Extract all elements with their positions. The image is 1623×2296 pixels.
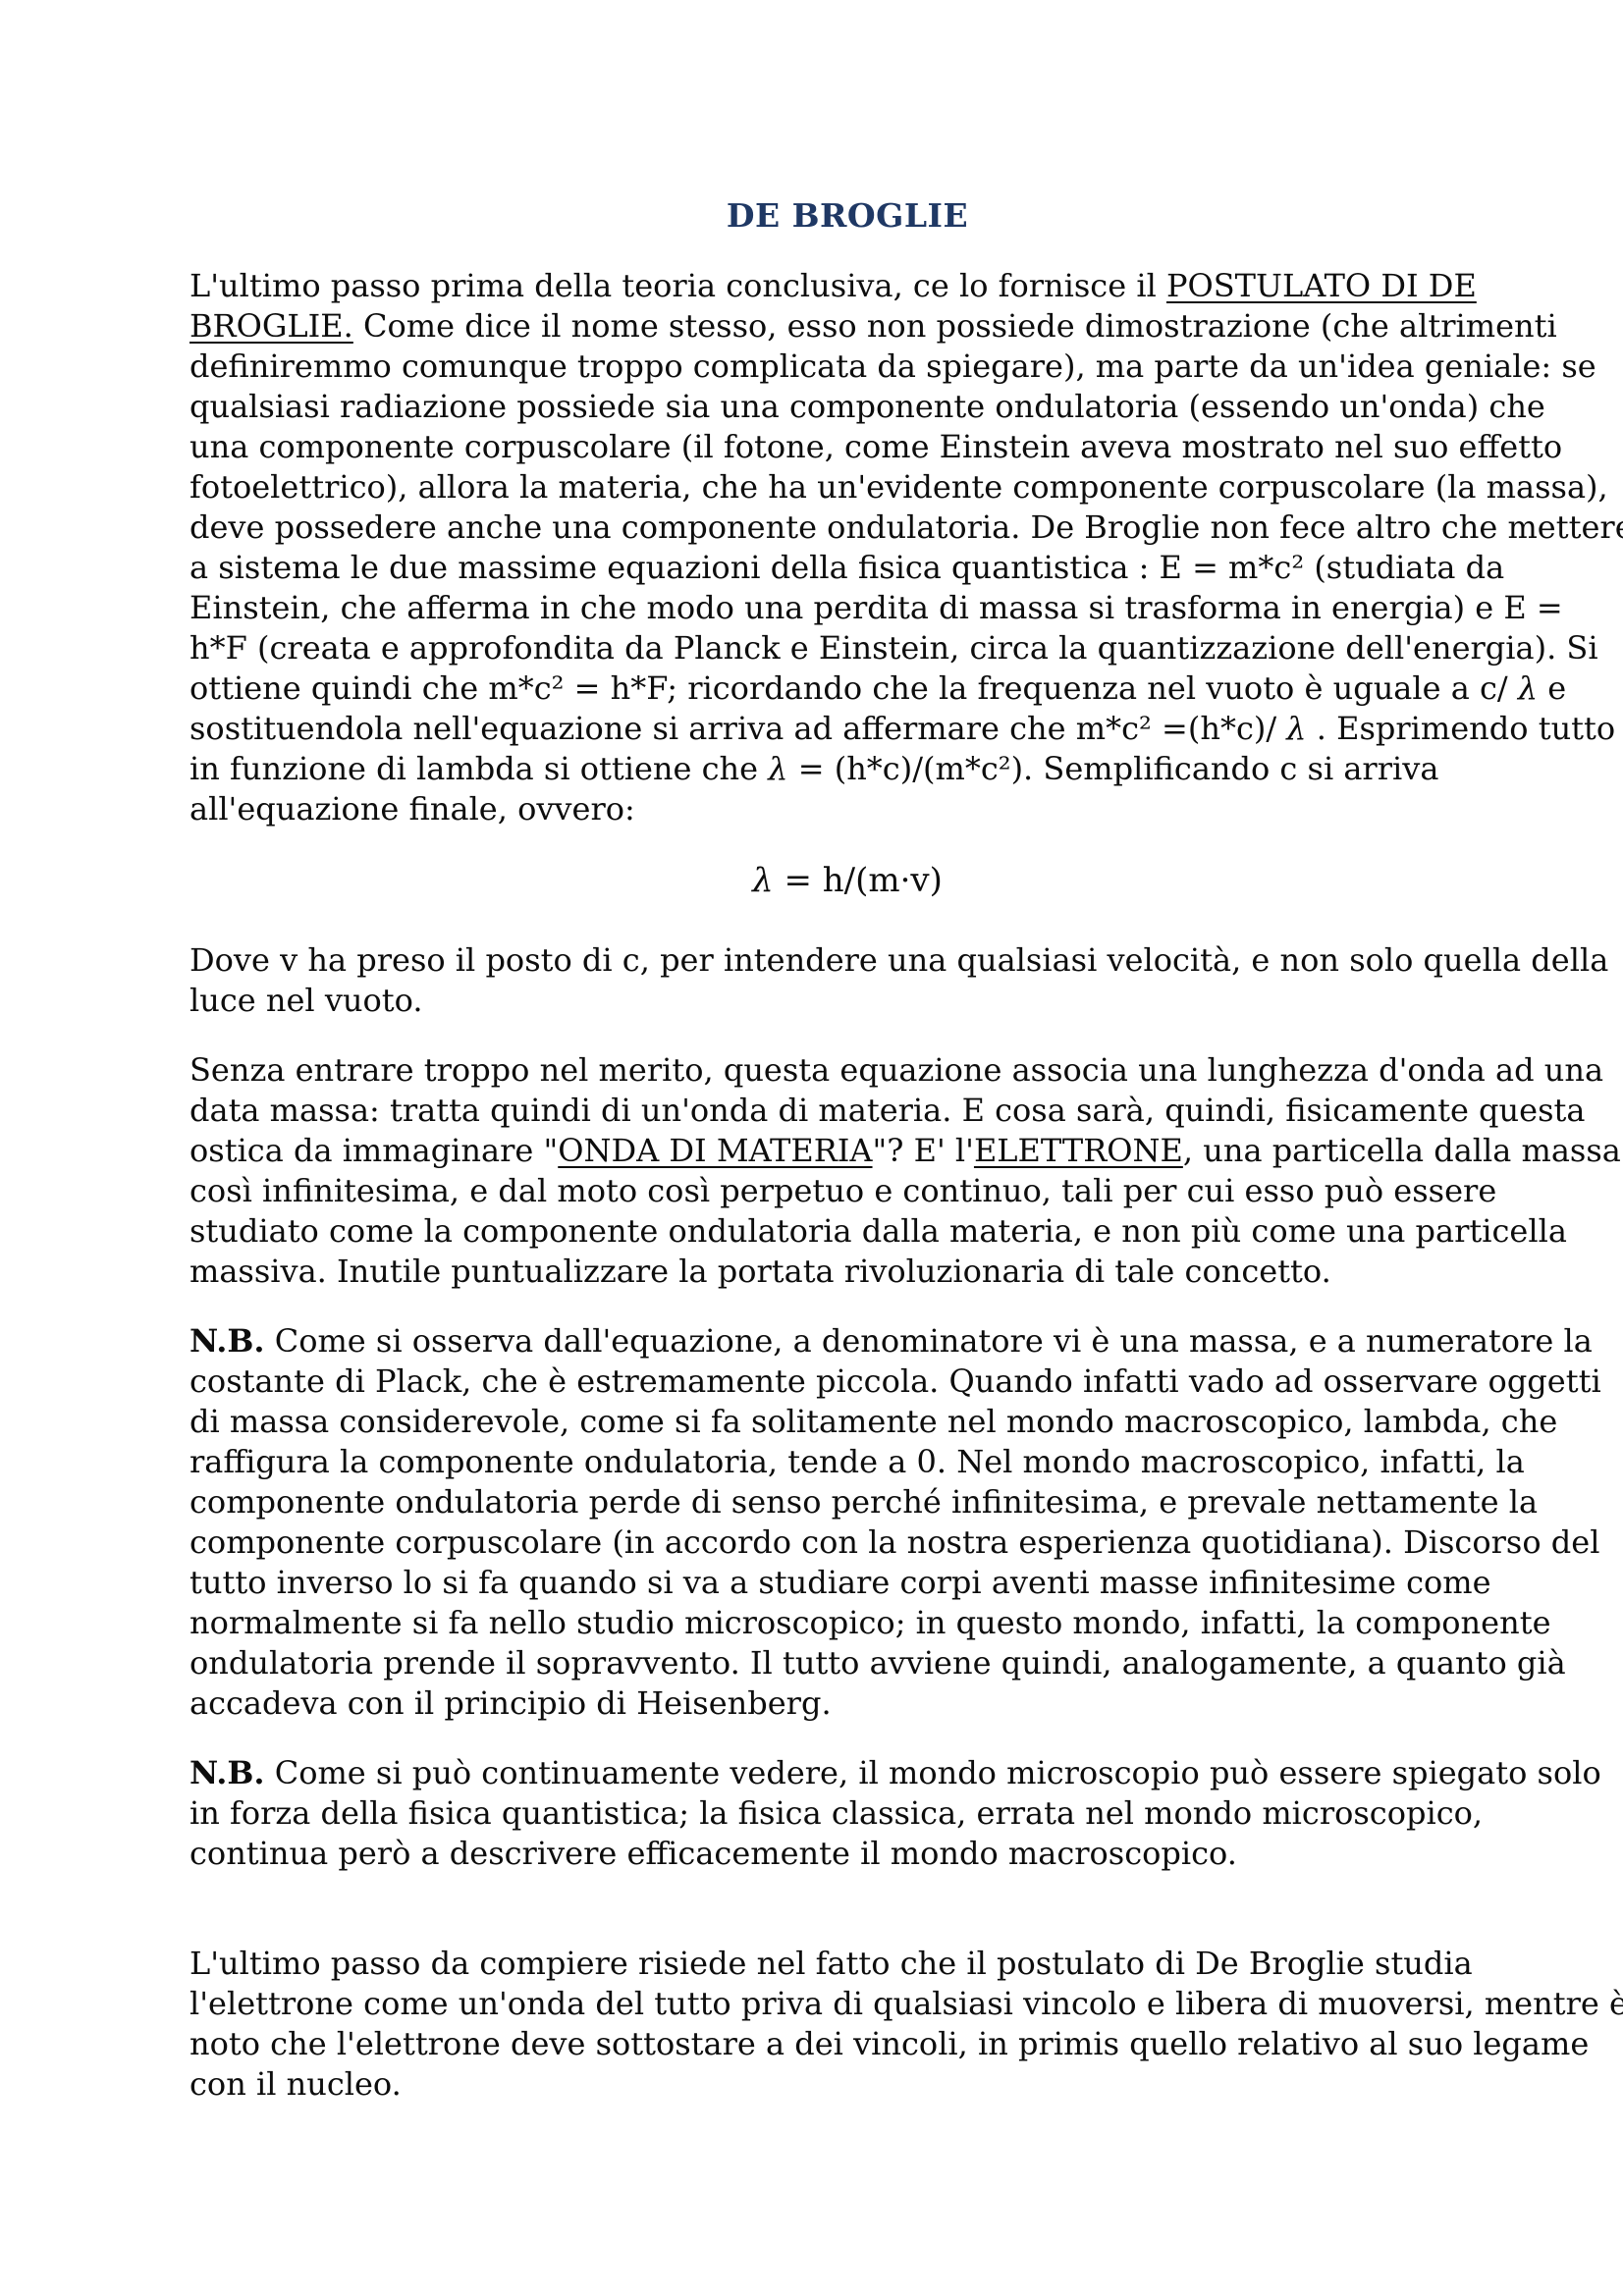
text-segment: λ [768,750,787,787]
text-segment: fotoelettrico), allora la materia, che h… [189,468,1608,506]
text-line: ottiene quindi che m*c² = h*F; ricordand… [189,668,1505,709]
text-segment: "? E' l' [873,1132,974,1169]
text-segment: raffigura la componente ondulatoria, ten… [189,1443,1525,1480]
text-line: tutto inverso lo si fa quando si va a st… [189,1563,1505,1603]
text-segment: massiva. Inutile puntualizzare la portat… [189,1253,1331,1290]
text-line: λ = h/(m·v) [189,859,1505,902]
text-segment: h*F (creata e approfondita da Planck e E… [189,629,1598,667]
text-segment: = h/(m·v) [774,861,943,900]
text-segment: componente corpuscolare (in accordo con … [189,1523,1599,1561]
text-segment: luce nel vuoto. [189,982,423,1019]
text-line: in forza della fisica quantistica; la fi… [189,1793,1505,1834]
text-segment: componente ondulatoria perde di senso pe… [189,1483,1538,1521]
text-line: sostituendola nell'equazione si arriva a… [189,709,1505,749]
text-line: fotoelettrico), allora la materia, che h… [189,467,1505,507]
text-segment: Dove v ha preso il posto di c, per inten… [189,941,1608,979]
text-line: ostica da immaginare "ONDA DI MATERIA"? … [189,1131,1505,1171]
paragraph: Dove v ha preso il posto di c, per inten… [189,940,1505,1021]
text-line: BROGLIE. Come dice il nome stesso, esso … [189,306,1505,347]
text-line: accadeva con il principio di Heisenberg. [189,1683,1505,1724]
text-line: componente ondulatoria perde di senso pe… [189,1482,1505,1522]
text-segment: = (h*c)/(m*c²). Semplificando c si arriv… [788,750,1439,787]
text-segment: in funzione di lambda si ottiene che [189,750,768,787]
text-line: una componente corpuscolare (il fotone, … [189,427,1505,467]
text-segment: λ [1518,669,1538,707]
equation: λ = h/(m·v) [189,859,1505,902]
text-segment: λ [1286,710,1306,747]
text-segment: così infinitesima, e dal moto così perpe… [189,1172,1496,1209]
page-title: DE BROGLIE [189,195,1505,236]
text-segment: Come si osserva dall'equazione, a denomi… [265,1322,1593,1360]
text-segment: definiremmo comunque troppo complicata d… [189,347,1596,385]
text-segment: , una particella dalla massa [1183,1132,1621,1169]
text-segment: ostica da immaginare " [189,1132,558,1169]
text-line: L'ultimo passo prima della teoria conclu… [189,266,1505,306]
text-segment: all'equazione finale, ovvero: [189,790,635,828]
paragraph: L'ultimo passo da compiere risiede nel f… [189,1944,1505,2105]
text-segment: normalmente si fa nello studio microscop… [189,1604,1551,1641]
text-segment: L'ultimo passo prima della teoria conclu… [189,267,1166,304]
text-line: così infinitesima, e dal moto così perpe… [189,1171,1505,1211]
text-segment: l'elettrone come un'onda del tutto priva… [189,1985,1623,2022]
underlined-text: ELETTRONE [974,1132,1183,1169]
text-segment: Come si può continuamente vedere, il mon… [265,1754,1601,1791]
text-segment: Einstein, che afferma in che modo una pe… [189,589,1563,626]
text-segment: L'ultimo passo da compiere risiede nel f… [189,1945,1473,1982]
text-line: a sistema le due massime equazioni della… [189,548,1505,588]
text-line: di massa considerevole, come si fa solit… [189,1402,1505,1442]
paragraph: N.B. Come si può continuamente vedere, i… [189,1753,1505,1914]
text-line: raffigura la componente ondulatoria, ten… [189,1442,1505,1482]
text-segment: ottiene quindi che m*c² = h*F; ricordand… [189,669,1518,707]
text-line: continua però a descrivere efficacemente… [189,1834,1505,1874]
bold-text: N.B. [189,1754,265,1791]
text-segment: in forza della fisica quantistica; la fi… [189,1794,1483,1832]
text-line: Dove v ha preso il posto di c, per inten… [189,940,1505,981]
text-line: data massa: tratta quindi di un'onda di … [189,1091,1505,1131]
text-segment: ondulatoria prende il sopravvento. Il tu… [189,1644,1566,1682]
text-segment: noto che l'elettrone deve sottostare a d… [189,2025,1589,2062]
text-line: ondulatoria prende il sopravvento. Il tu… [189,1643,1505,1683]
text-line: L'ultimo passo da compiere risiede nel f… [189,1944,1505,1984]
text-line: h*F (creata e approfondita da Planck e E… [189,628,1505,668]
text-segment: studiato come la componente ondulatoria … [189,1212,1567,1250]
underlined-text: POSTULATO DI DE [1166,267,1477,304]
text-segment: . Esprimendo tutto [1307,710,1616,747]
text-segment: continua però a descrivere efficacemente… [189,1835,1237,1872]
text-line: costante di Plack, che è estremamente pi… [189,1362,1505,1402]
text-segment: λ [752,861,774,900]
text-line: N.B. Come si può continuamente vedere, i… [189,1753,1505,1793]
text-line: noto che l'elettrone deve sottostare a d… [189,2024,1505,2064]
document-content: DE BROGLIE L'ultimo passo prima della te… [189,195,1505,2134]
text-line: componente corpuscolare (in accordo con … [189,1522,1505,1563]
text-line: N.B. Come si osserva dall'equazione, a d… [189,1321,1505,1362]
text-segment: una componente corpuscolare (il fotone, … [189,428,1562,465]
text-line: all'equazione finale, ovvero: [189,789,1505,829]
text-segment: data massa: tratta quindi di un'onda di … [189,1092,1585,1129]
text-segment: costante di Plack, che è estremamente pi… [189,1362,1601,1400]
text-segment: Come dice il nome stesso, esso non possi… [353,307,1557,345]
text-segment: deve possedere anche una componente ondu… [189,508,1623,546]
text-line: studiato come la componente ondulatoria … [189,1211,1505,1252]
paragraph: Senza entrare troppo nel merito, questa … [189,1050,1505,1292]
paragraph: L'ultimo passo prima della teoria conclu… [189,266,1505,829]
text-segment: a sistema le due massime equazioni della… [189,549,1504,586]
text-line: l'elettrone come un'onda del tutto priva… [189,1984,1505,2024]
text-line: in funzione di lambda si ottiene che λ =… [189,749,1505,789]
text-line: definiremmo comunque troppo complicata d… [189,347,1505,387]
paragraph: N.B. Come si osserva dall'equazione, a d… [189,1321,1505,1724]
text-segment: e [1538,669,1566,707]
text-line: deve possedere anche una componente ondu… [189,507,1505,548]
text-segment: di massa considerevole, come si fa solit… [189,1403,1557,1440]
text-line: luce nel vuoto. [189,981,1505,1021]
text-segment: Senza entrare troppo nel merito, questa … [189,1051,1603,1089]
document-page: DE BROGLIE L'ultimo passo prima della te… [0,0,1623,2296]
document-body: L'ultimo passo prima della teoria conclu… [189,266,1505,2105]
text-line: normalmente si fa nello studio microscop… [189,1603,1505,1643]
text-segment: sostituendola nell'equazione si arriva a… [189,710,1286,747]
underlined-text: ONDA DI MATERIA [558,1132,872,1169]
bold-text: N.B. [189,1322,265,1360]
text-line: Senza entrare troppo nel merito, questa … [189,1050,1505,1091]
text-line: massiva. Inutile puntualizzare la portat… [189,1252,1505,1292]
text-segment: qualsiasi radiazione possiede sia una co… [189,388,1545,425]
underlined-text: BROGLIE. [189,307,353,345]
text-line: con il nucleo. [189,2064,1505,2105]
text-segment: con il nucleo. [189,2065,402,2103]
text-line: qualsiasi radiazione possiede sia una co… [189,387,1505,427]
text-segment: accadeva con il principio di Heisenberg. [189,1684,832,1722]
text-segment: tutto inverso lo si fa quando si va a st… [189,1564,1491,1601]
text-line: Einstein, che afferma in che modo una pe… [189,588,1505,628]
text-line [189,1874,1505,1914]
